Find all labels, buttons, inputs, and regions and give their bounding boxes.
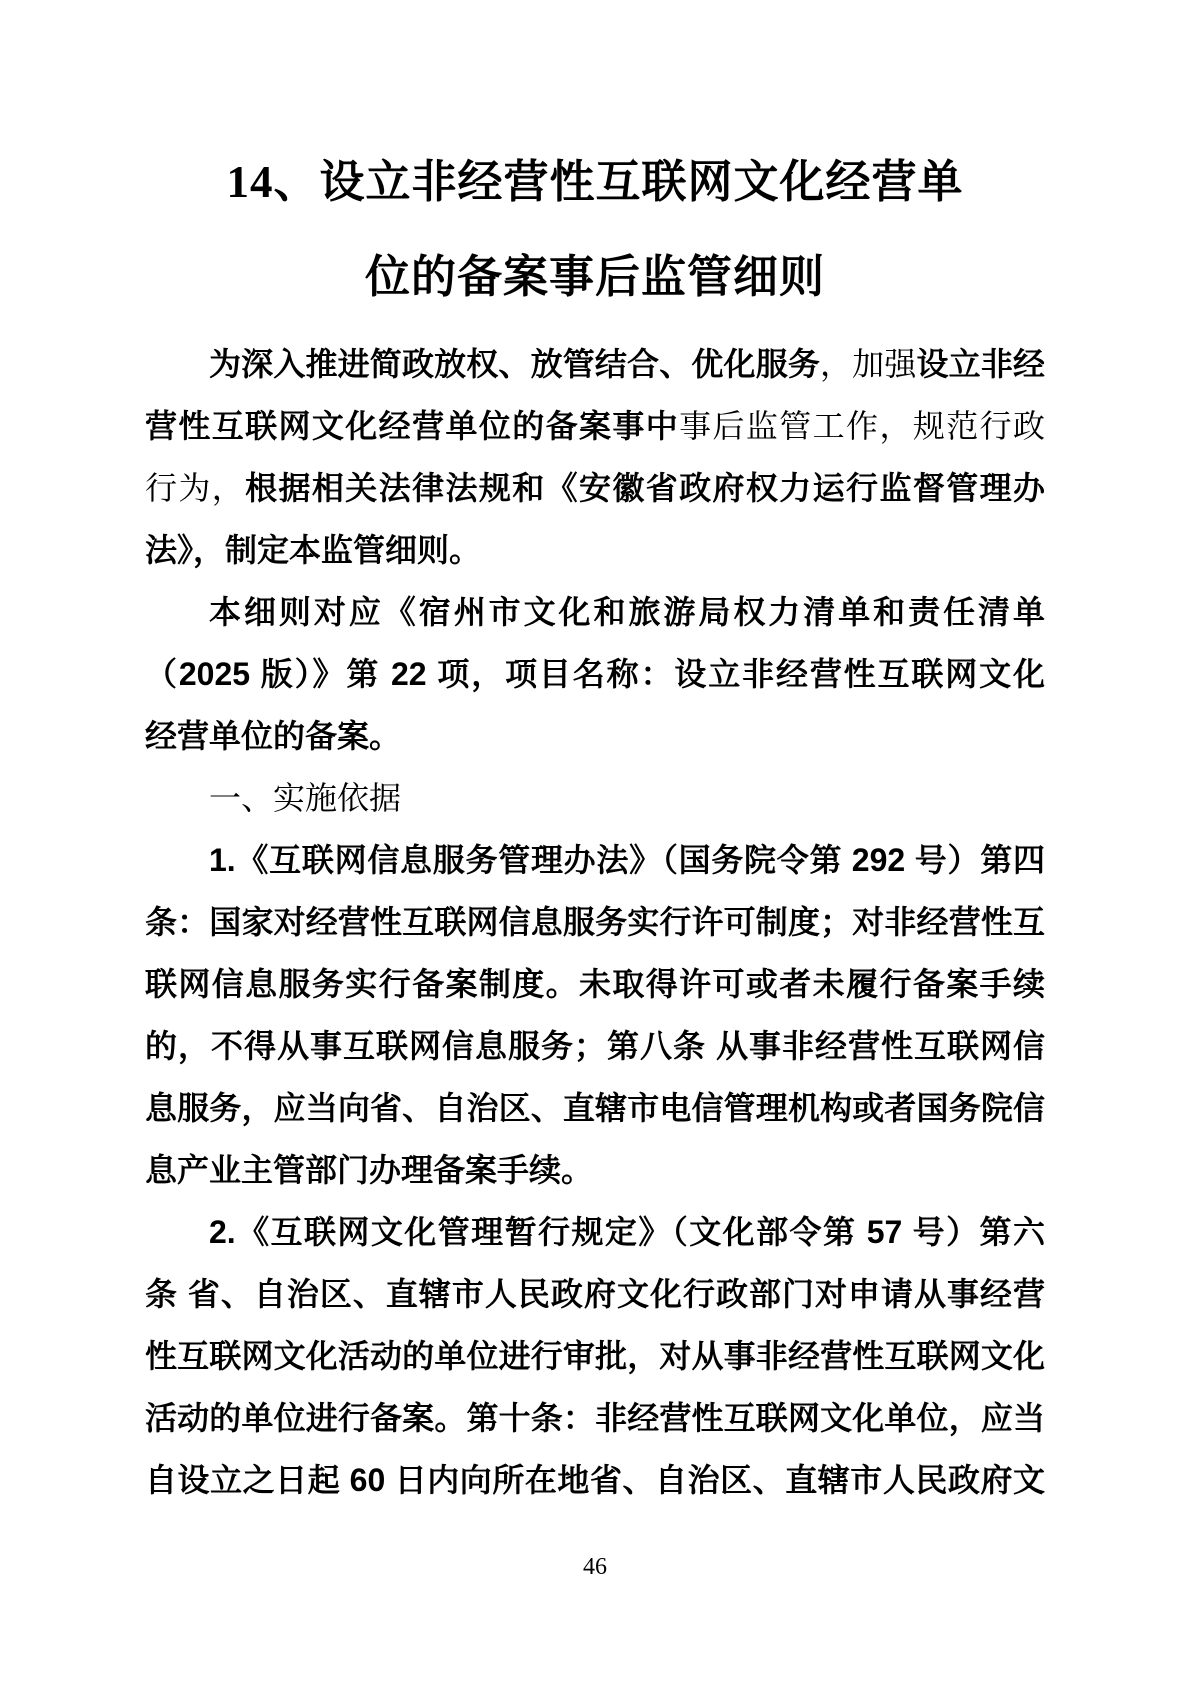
document-body: 为深入推进简政放权、放管结合、优化服务，加强设立非经 营性互联网文化经营单位的备… bbox=[145, 333, 1045, 1511]
text-line: 行为，根据相关法律法规和《安徽省政府权力运行监督管理办 bbox=[145, 457, 1045, 519]
text-line: 性互联网文化活动的单位进行审批，对从事非经营性互联网文化 bbox=[145, 1325, 1045, 1387]
text-line: 联网信息服务实行备案制度。未取得许可或者未履行备案手续 bbox=[145, 953, 1045, 1015]
text-line: 息服务，应当向省、自治区、直辖市电信管理机构或者国务院信 bbox=[145, 1077, 1045, 1139]
document-page: 14、设立非经营性互联网文化经营单 位的备案事后监管细则 为深入推进简政放权、放… bbox=[0, 0, 1190, 1683]
page-number: 46 bbox=[0, 1552, 1190, 1582]
paragraph-correspondence: 本细则对应《宿州市文化和旅游局权力清单和责任清单 （2025 版）》第 22 项… bbox=[145, 581, 1045, 767]
text-line: （2025 版）》第 22 项，项目名称：设立非经营性互联网文化 bbox=[145, 643, 1045, 705]
title-line-2: 位的备案事后监管细则 bbox=[145, 230, 1045, 325]
text-line: 条 省、自治区、直辖市人民政府文化行政部门对申请从事经营 bbox=[145, 1263, 1045, 1325]
text-line: 自设立之日起 60 日内向所在地省、自治区、直辖市人民政府文 bbox=[145, 1449, 1045, 1511]
text-run-fangsong: 事后监管工作，规范行政 bbox=[679, 408, 1045, 444]
text-run-hei: 设立非经 bbox=[917, 346, 1045, 382]
text-line: 2.《互联网文化管理暂行规定》（文化部令第 57 号）第六 bbox=[145, 1201, 1045, 1263]
section-heading-implementation-basis: 一、实施依据 bbox=[145, 767, 1045, 829]
text-line: 法》，制定本监管细则。 bbox=[145, 519, 1045, 581]
text-run-fangsong: ，加强 bbox=[820, 346, 916, 382]
text-line: 营性互联网文化经营单位的备案事中事后监管工作，规范行政 bbox=[145, 395, 1045, 457]
text-run-hei: 营性互联网文化经营单位的备案事中 bbox=[145, 408, 679, 444]
title-line-1: 14、设立非经营性互联网文化经营单 bbox=[145, 135, 1045, 230]
text-line: 1.《互联网信息服务管理办法》（国务院令第 292 号）第四 bbox=[145, 829, 1045, 891]
paragraph-intro: 为深入推进简政放权、放管结合、优化服务，加强设立非经 营性互联网文化经营单位的备… bbox=[145, 333, 1045, 581]
text-run-hei: 为深入推进简政放权、放管结合、优化服务 bbox=[209, 346, 820, 382]
paragraph-legal-basis-2: 2.《互联网文化管理暂行规定》（文化部令第 57 号）第六 条 省、自治区、直辖… bbox=[145, 1201, 1045, 1511]
document-title: 14、设立非经营性互联网文化经营单 位的备案事后监管细则 bbox=[145, 135, 1045, 325]
text-run-hei: 法》，制定本监管细则。 bbox=[145, 532, 481, 568]
text-line: 条：国家对经营性互联网信息服务实行许可制度；对非经营性互 bbox=[145, 891, 1045, 953]
text-run-hei: 根据相关法律法规和《安徽省政府权力运行监督管理办 bbox=[245, 470, 1045, 506]
text-line: 息产业主管部门办理备案手续。 bbox=[145, 1139, 1045, 1201]
text-run-fangsong: 行为， bbox=[145, 470, 245, 506]
paragraph-legal-basis-1: 1.《互联网信息服务管理办法》（国务院令第 292 号）第四 条：国家对经营性互… bbox=[145, 829, 1045, 1201]
text-line: 为深入推进简政放权、放管结合、优化服务，加强设立非经 bbox=[145, 333, 1045, 395]
text-line: 经营单位的备案。 bbox=[145, 705, 1045, 767]
text-line: 本细则对应《宿州市文化和旅游局权力清单和责任清单 bbox=[145, 581, 1045, 643]
text-line: 的，不得从事互联网信息服务；第八条 从事非经营性互联网信 bbox=[145, 1015, 1045, 1077]
text-line: 活动的单位进行备案。第十条：非经营性互联网文化单位，应当 bbox=[145, 1387, 1045, 1449]
